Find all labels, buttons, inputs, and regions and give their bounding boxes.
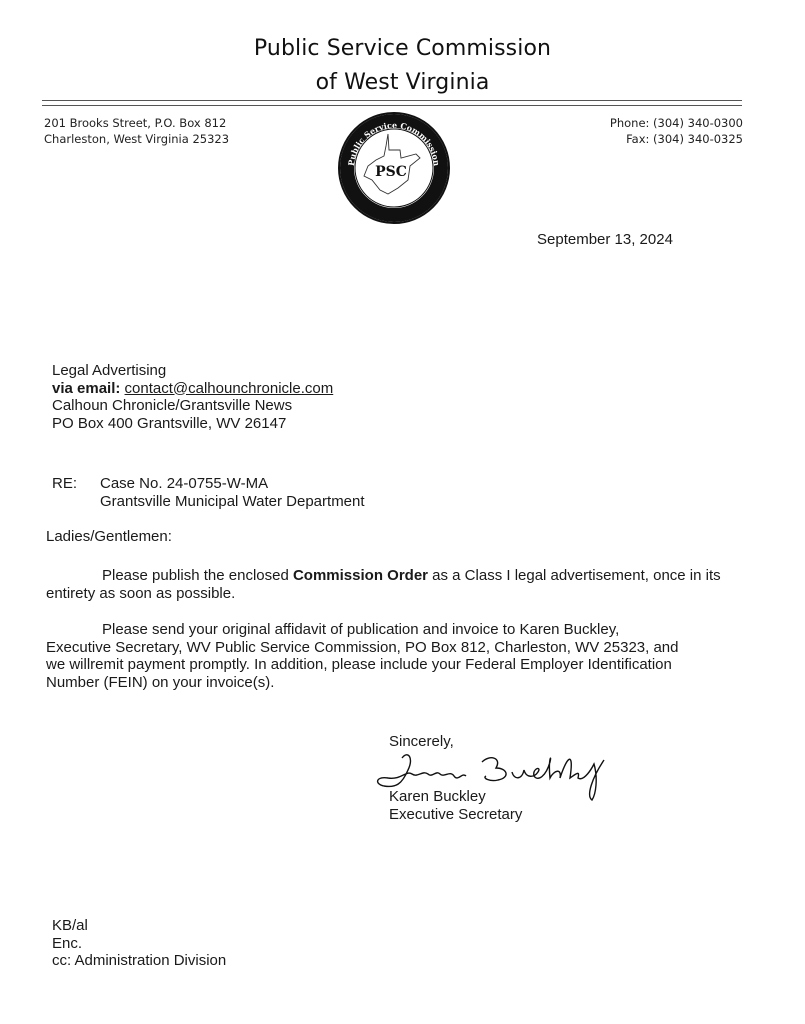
- address-line2: Charleston, West Virginia 25323: [44, 131, 229, 147]
- paragraph1-text-start: Please publish the enclosed: [102, 567, 293, 584]
- email-label: via email:: [52, 380, 120, 397]
- cc-notation: cc: Administration Division: [52, 952, 226, 970]
- re-block: Case No. 24-0755-W-MA Grantsville Munici…: [100, 475, 365, 510]
- enclosure-notation: Enc.: [52, 935, 226, 953]
- re-label: RE:: [52, 475, 77, 493]
- commission-order-emphasis: Commission Order: [293, 567, 428, 584]
- letterhead-title-line2: of West Virginia: [0, 68, 805, 98]
- case-number: Case No. 24-0755-W-MA: [100, 475, 365, 493]
- paragraph-publish-request: Please publish the enclosed Commission O…: [46, 567, 746, 602]
- recipient-department: Legal Advertising: [52, 362, 333, 380]
- phone-number: Phone: (304) 340-0300: [610, 115, 743, 131]
- recipient-email-line: via email: contact@calhounchronicle.com: [52, 380, 333, 398]
- typist-initials: KB/al: [52, 917, 226, 935]
- email-link[interactable]: contact@calhounchronicle.com: [125, 380, 334, 397]
- recipient-block: Legal Advertising via email: contact@cal…: [52, 362, 333, 432]
- signer-title: Executive Secretary: [389, 806, 522, 824]
- recipient-organization: Calhoun Chronicle/Grantsville News: [52, 397, 333, 415]
- recipient-address: PO Box 400 Grantsville, WV 26147: [52, 415, 333, 433]
- letterhead-rule-bottom: [42, 105, 742, 106]
- signer-block: Karen Buckley Executive Secretary: [389, 788, 522, 823]
- letterhead-rule-top: [42, 100, 742, 101]
- fax-number: Fax: (304) 340-0325: [610, 131, 743, 147]
- case-subject: Grantsville Municipal Water Department: [100, 493, 365, 511]
- letterhead-address: 201 Brooks Street, P.O. Box 812 Charlest…: [44, 115, 229, 147]
- psc-seal-logo: Public Service Commission of West Virgin…: [336, 110, 452, 226]
- address-line1: 201 Brooks Street, P.O. Box 812: [44, 115, 229, 131]
- letterhead-contact: Phone: (304) 340-0300 Fax: (304) 340-032…: [610, 115, 743, 147]
- seal-center-text: PSC: [375, 164, 407, 180]
- paragraph-affidavit-request: Please send your original affidavit of p…: [46, 621, 686, 691]
- letterhead-title-line1: Public Service Commission: [0, 34, 805, 64]
- salutation: Ladies/Gentlemen:: [46, 528, 172, 546]
- letter-date: September 13, 2024: [537, 231, 673, 249]
- signer-name: Karen Buckley: [389, 788, 522, 806]
- footer-notations: KB/al Enc. cc: Administration Division: [52, 917, 226, 970]
